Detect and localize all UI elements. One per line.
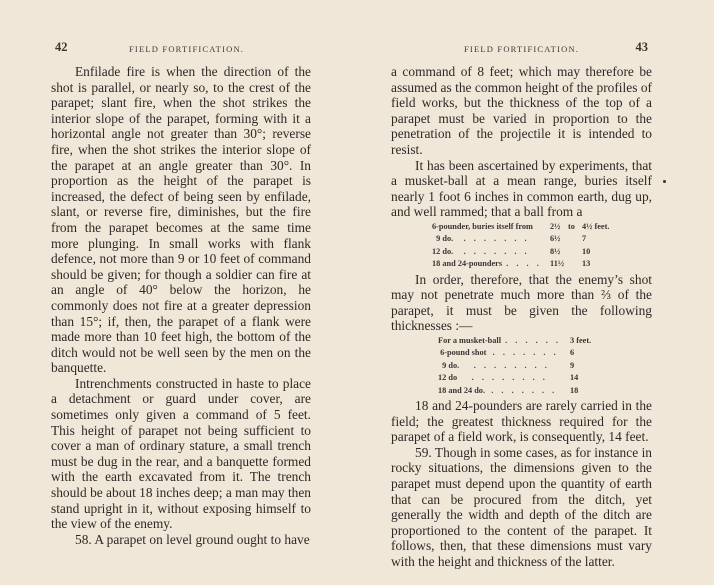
left-page-number: 42 <box>55 40 68 55</box>
left-text-block: Enfilade fire is when the direction of t… <box>51 64 311 547</box>
table-cell-item-label: 6-pound shot <box>440 348 486 357</box>
table-cell-from: 6½ <box>550 233 568 245</box>
dot-leader: . . . . . . . <box>493 348 559 357</box>
left-running-head: 42 FIELD FORTIFICATION. <box>55 40 310 56</box>
right-running-title: FIELD FORTIFICATION. <box>464 44 579 54</box>
table-cell-value: 14 <box>570 372 610 384</box>
right-page: FIELD FORTIFICATION. 43 a command of 8 f… <box>357 0 714 585</box>
paragraph-intrenchments: Intrenchments constructed in haste to pl… <box>51 376 311 532</box>
table-cell-item-label: 18 and 24-pounders <box>432 259 502 268</box>
paragraph-experiments: It has been ascertained by experiments, … <box>391 158 652 220</box>
table-cell-from: 2½ <box>550 221 568 233</box>
table-cell-item-label: 9 do. <box>442 361 459 370</box>
left-page: 42 FIELD FORTIFICATION. Enfilade fire is… <box>0 0 357 585</box>
table-cell-item: 12 do . . . . . . . . <box>438 372 570 384</box>
ink-speck <box>663 180 666 183</box>
dot-leader: . . . . . . . . <box>472 373 548 382</box>
right-page-number: 43 <box>636 40 649 55</box>
table-row: 9 do. . . . . . . . . 9 <box>438 360 610 372</box>
table-row: 6-pounder, buries itself from 2½ to 4½ f… <box>432 221 616 233</box>
table-cell-to: 4½ feet. <box>582 221 616 233</box>
table-row: 12 do. . . . . . . . 8½ 10 <box>432 246 616 258</box>
table-row: 6-pound shot . . . . . . . 6 <box>438 347 610 359</box>
paragraph-in-order: In order, therefore, that the enemy’s sh… <box>391 272 652 334</box>
table-cell-item: 9 do. . . . . . . . . <box>438 360 570 372</box>
table-row: 18 and 24 do. . . . . . . . 18 <box>438 385 610 397</box>
table-row: 18 and 24-pounders . . . . 11½ 13 <box>432 258 616 270</box>
table-cell-item-label: 12 do. <box>432 247 453 256</box>
dot-leader: . . . . . . <box>505 336 561 345</box>
table-cell-to-word: to <box>568 221 582 233</box>
table-cell-from: 8½ <box>550 246 568 258</box>
table-cell-item: 12 do. . . . . . . . <box>432 246 550 258</box>
table-cell-to: 13 <box>582 258 616 270</box>
table-cell-value: 9 <box>570 360 610 372</box>
table-cell-item-label: 18 and 24 do. <box>438 386 485 395</box>
table-cell-item: For a musket-ball . . . . . . <box>438 335 570 347</box>
paragraph-fire-types: Enfilade fire is when the direction of t… <box>51 64 311 376</box>
table-cell-item: 9 do. . . . . . . . <box>432 233 550 245</box>
paragraph-58: 58. A parapet on level ground ought to h… <box>51 532 311 548</box>
dot-leader: . . . . . . . . <box>474 361 550 370</box>
dot-leader: . . . . . . . <box>464 234 530 243</box>
table-cell-to-value: 4½ <box>582 222 592 231</box>
right-running-head: FIELD FORTIFICATION. 43 <box>392 40 648 56</box>
table-cell-to: 7 <box>582 233 616 245</box>
table-cell-item: 18 and 24-pounders . . . . <box>432 258 550 270</box>
table-cell-unit: feet. <box>594 222 609 231</box>
paragraph-18-24-pounders: 18 and 24-pounders are rarely carried in… <box>391 398 652 445</box>
table-cell-value: 18 <box>570 385 610 397</box>
table-cell-item: 18 and 24 do. . . . . . . . <box>438 385 570 397</box>
table-cell-value: 6 <box>570 347 610 359</box>
table-cell-to: 10 <box>582 246 616 258</box>
paragraph-command-continued: a command of 8 feet; which may therefore… <box>391 64 652 158</box>
table-cell-item-label: For a musket-ball <box>438 336 501 345</box>
table-cell-to-word <box>568 258 582 270</box>
dot-leader: . . . . . . . <box>464 247 530 256</box>
table-cell-item-label: 9 do. <box>436 234 453 243</box>
dot-leader: . . . . <box>506 259 542 268</box>
table-row: 9 do. . . . . . . . 6½ 7 <box>432 233 616 245</box>
paragraph-59: 59. Though in some cases, as for instanc… <box>391 445 652 570</box>
left-running-title: FIELD FORTIFICATION. <box>129 44 244 54</box>
table-row: 12 do . . . . . . . . 14 <box>438 372 610 384</box>
right-text-block: a command of 8 feet; which may therefore… <box>391 64 652 570</box>
table-cell-value: 3 feet. <box>570 335 610 347</box>
thickness-table: For a musket-ball . . . . . . 3 feet. 6-… <box>438 335 610 397</box>
dot-leader: . . . . . . . <box>491 386 557 395</box>
table-cell-item: 6-pound shot . . . . . . . <box>438 347 570 359</box>
book-spread: 42 FIELD FORTIFICATION. Enfilade fire is… <box>0 0 714 585</box>
table-cell-item-label: 12 do <box>438 373 457 382</box>
table-cell-to-word <box>568 233 582 245</box>
table-row: For a musket-ball . . . . . . 3 feet. <box>438 335 610 347</box>
table-cell-item: 6-pounder, buries itself from <box>432 221 550 233</box>
penetration-table: 6-pounder, buries itself from 2½ to 4½ f… <box>432 221 616 271</box>
table-cell-from: 11½ <box>550 258 568 270</box>
table-cell-to-word <box>568 246 582 258</box>
